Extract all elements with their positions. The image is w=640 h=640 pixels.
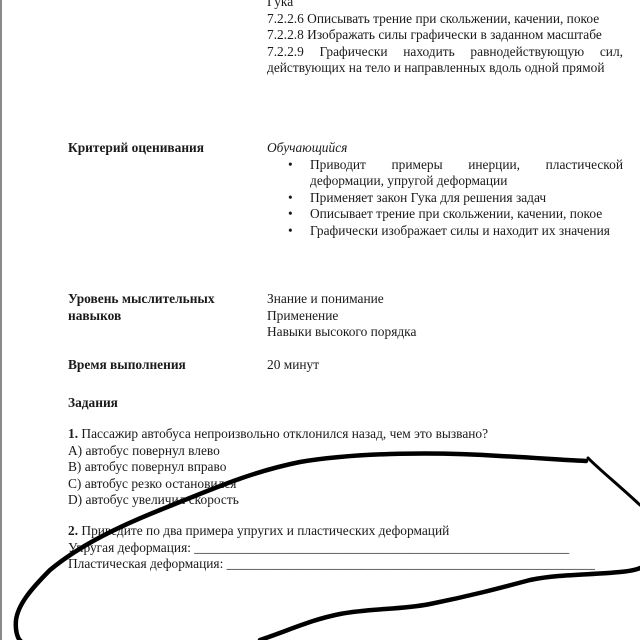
criteria-label: Критерий оценивания <box>68 140 204 157</box>
criteria-content: Обучающийся • Приводит примеры инерции, … <box>267 140 623 240</box>
objective-continuation: Гука <box>267 0 623 11</box>
option-d: D) автобус увеличил скорость <box>68 492 628 509</box>
question-number: 2. <box>68 523 78 538</box>
learning-objectives: Гука 7.2.2.6 Описывать трение при скольж… <box>267 0 623 77</box>
time-label: Время выполнения <box>68 357 186 374</box>
question-text: Пассажир автобуса непроизвольно отклонил… <box>78 426 488 441</box>
criteria-item: • Приводит примеры инерции, пластической… <box>267 157 623 190</box>
criteria-item: • Описывает трение при скольжении, качен… <box>267 206 623 223</box>
criteria-list: • Приводит примеры инерции, пластической… <box>267 157 623 240</box>
objective-7-2-2-9: 7.2.2.9 Графически находить равнодейству… <box>267 44 623 77</box>
bullet-icon: • <box>288 157 293 174</box>
question-text: Приведите по два примера упругих и пласт… <box>78 523 449 538</box>
question-2: 2. Приведите по два примера упругих и пл… <box>68 523 628 573</box>
question-2-prompt: 2. Приведите по два примера упругих и пл… <box>68 523 628 540</box>
objective-7-2-2-6: 7.2.2.6 Описывать трение при скольжении,… <box>267 11 623 28</box>
question-1: 1. Пассажир автобуса непроизвольно откло… <box>68 426 628 509</box>
thinking-levels-label-line1: Уровень мыслительных <box>68 291 215 308</box>
criteria-item-text: Описывает трение при скольжении, качении… <box>310 206 602 221</box>
option-b: B) автобус повернул вправо <box>68 459 628 476</box>
thinking-levels-values: Знание и понимание Применение Навыки выс… <box>267 291 623 341</box>
criteria-item: • Применяет закон Гука для решения задач <box>267 190 623 207</box>
criteria-item-text: Применяет закон Гука для решения задач <box>310 190 546 205</box>
field-label: Упругая деформация: <box>68 540 194 555</box>
elastic-deformation-field: Упругая деформация: ____________________… <box>68 540 628 557</box>
objective-7-2-2-8: 7.2.2.8 Изображать силы графически в зад… <box>267 27 623 44</box>
thinking-levels-label: Уровень мыслительных навыков <box>68 291 215 324</box>
time-value: 20 минут <box>267 357 623 374</box>
question-number: 1. <box>68 426 78 441</box>
document-page: Гука 7.2.2.6 Описывать трение при скольж… <box>0 0 640 640</box>
bullet-icon: • <box>288 223 293 240</box>
criteria-item-text: Графически изображает силы и находит их … <box>310 223 610 238</box>
answer-blank: ________________________________________… <box>227 556 595 571</box>
bullet-icon: • <box>288 190 293 207</box>
answer-blank: ________________________________________… <box>194 540 569 555</box>
level-higher-order: Навыки высокого порядка <box>267 324 623 341</box>
criteria-item: • Графически изображает силы и находит и… <box>267 223 623 240</box>
plastic-deformation-field: Пластическая деформация: _______________… <box>68 556 628 573</box>
thinking-levels-label-line2: навыков <box>68 308 215 325</box>
option-a: A) автобус повернул влево <box>68 443 628 460</box>
question-1-prompt: 1. Пассажир автобуса непроизвольно откло… <box>68 426 628 443</box>
level-knowledge: Знание и понимание <box>267 291 623 308</box>
criteria-item-text: Приводит примеры инерции, пластической д… <box>310 157 623 189</box>
tasks-heading: Задания <box>68 395 118 412</box>
criteria-intro: Обучающийся <box>267 140 623 157</box>
level-application: Применение <box>267 308 623 325</box>
bullet-icon: • <box>288 206 293 223</box>
option-c: C) автобус резко остановился <box>68 476 628 493</box>
field-label: Пластическая деформация: <box>68 556 227 571</box>
